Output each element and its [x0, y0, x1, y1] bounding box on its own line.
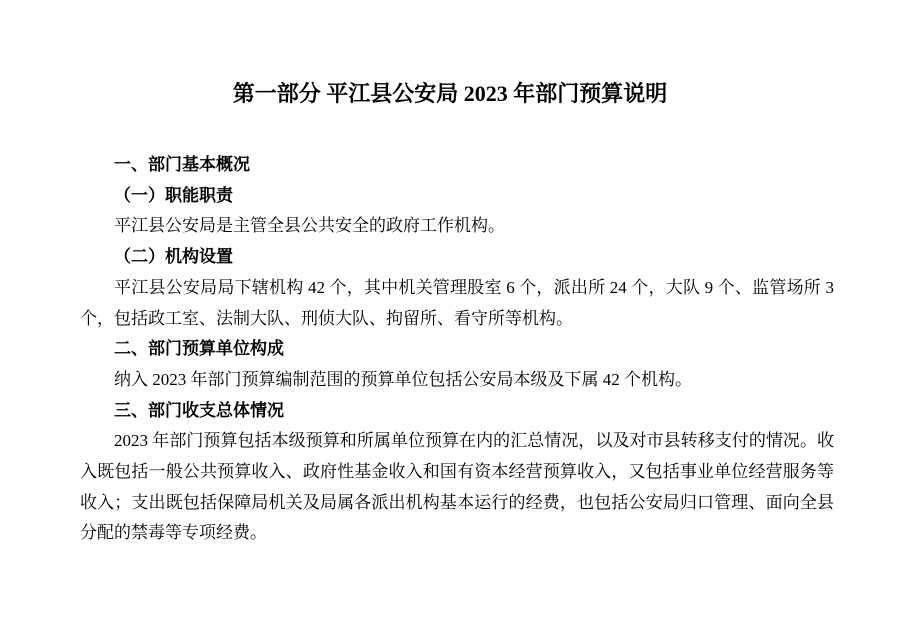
- paragraph-org-setup: 平江县公安局局下辖机构 42 个，其中机关管理股室 6 个，派出所 24 个，大…: [80, 273, 834, 334]
- document-page: 第一部分 平江县公安局 2023 年部门预算说明 一、部门基本概况 （一）职能职…: [0, 0, 900, 636]
- document-body: 一、部门基本概况 （一）职能职责 平江县公安局是主管全县公共安全的政府工作机构。…: [0, 150, 900, 549]
- paragraph-revenue-expenditure: 2023 年部门预算包括本级预算和所属单位预算在内的汇总情况，以及对市县转移支付…: [80, 426, 834, 549]
- document-title: 第一部分 平江县公安局 2023 年部门预算说明: [0, 79, 900, 109]
- heading-duties: （一）职能职责: [80, 181, 834, 212]
- heading-revenue-expenditure: 三、部门收支总体情况: [80, 396, 834, 427]
- heading-budget-units: 二、部门预算单位构成: [80, 334, 834, 365]
- paragraph-duties: 平江县公安局是主管全县公共安全的政府工作机构。: [80, 211, 834, 242]
- paragraph-budget-units: 纳入 2023 年部门预算编制范围的预算单位包括公安局本级及下属 42 个机构。: [80, 365, 834, 396]
- heading-dept-overview: 一、部门基本概况: [80, 150, 834, 181]
- heading-org-setup: （二）机构设置: [80, 242, 834, 273]
